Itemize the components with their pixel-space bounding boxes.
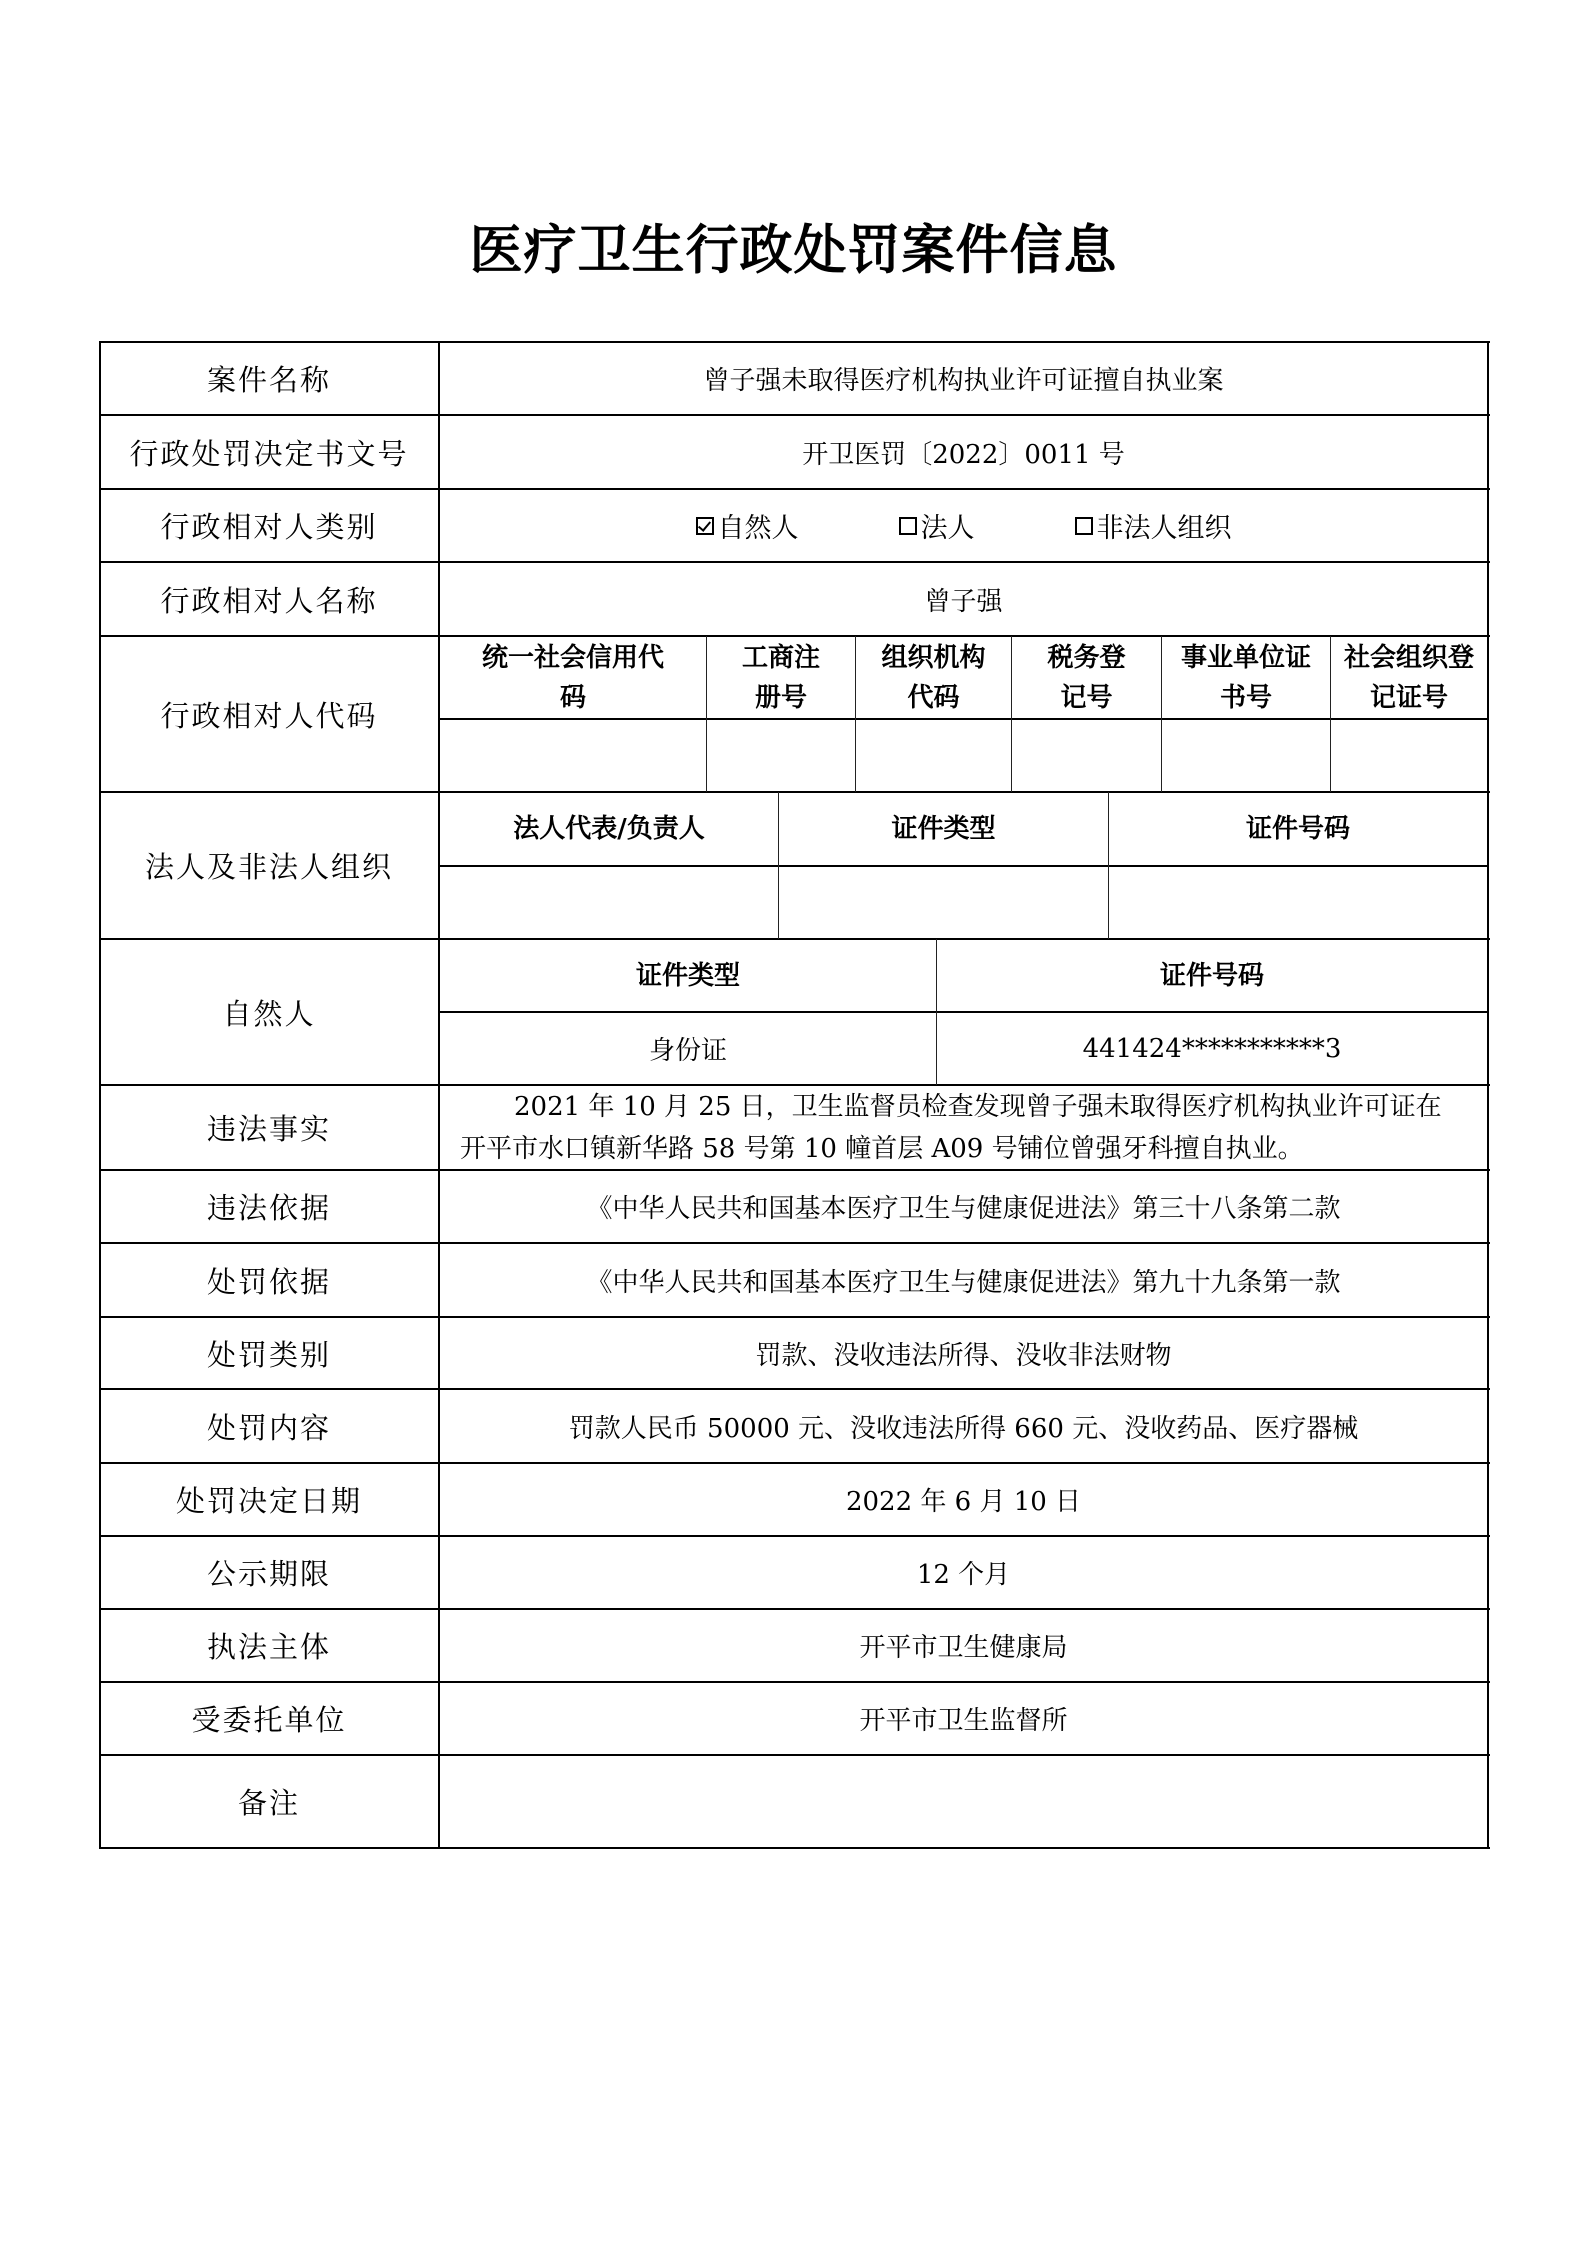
option-legal-person[interactable]: 法人 (899, 506, 975, 545)
label-penalty-content: 处罚内容 (100, 1390, 438, 1462)
label-party-type: 行政相对人类别 (100, 490, 438, 561)
value-penalty-basis: 《中华人民共和国基本医疗卫生与健康促进法》第九十九条第一款 (440, 1244, 1487, 1316)
option-unincorporated-org[interactable]: 非法人组织 (1075, 506, 1232, 545)
label-party-code: 行政相对人代码 (100, 637, 438, 791)
value-legal-rep (440, 867, 778, 938)
facts-text: 2021 年 10 月 25 日，卫生监督员检查发现曾子强未取得医疗机构执业许可… (460, 1086, 1467, 1170)
header-social-org-reg-no: 社会组织登记证号 (1331, 637, 1487, 718)
label-natural-person: 自然人 (100, 940, 438, 1084)
header-legal-id-no: 证件号码 (1109, 793, 1487, 865)
party-type-options: 自然人 法人 非法人组织 (440, 490, 1487, 561)
header-org-code: 组织机构代码 (856, 637, 1011, 718)
value-legal-id-no (1109, 867, 1487, 938)
label-penalty-basis: 处罚依据 (100, 1244, 438, 1316)
header-legal-id-type: 证件类型 (779, 793, 1108, 865)
value-case-name: 曾子强未取得医疗机构执业许可证擅自执业案 (440, 343, 1487, 414)
value-person-id-no: 441424***********3 (937, 1013, 1487, 1084)
value-institution-cert-no (1162, 720, 1330, 791)
value-tax-reg-no (1012, 720, 1161, 791)
label-decision-date: 处罚决定日期 (100, 1464, 438, 1535)
label-party-name: 行政相对人名称 (100, 563, 438, 635)
label-publicity-period: 公示期限 (100, 1537, 438, 1608)
option-natural-person[interactable]: 自然人 (696, 506, 799, 545)
value-decision-date: 2022 年 6 月 10 日 (440, 1464, 1487, 1535)
header-legal-rep: 法人代表/负责人 (440, 793, 778, 865)
label-case-name: 案件名称 (100, 343, 438, 414)
value-penalty-content: 罚款人民币 50000 元、没收违法所得 660 元、没收药品、医疗器械 (440, 1390, 1487, 1462)
unchecked-checkbox-icon[interactable] (899, 517, 917, 535)
value-org-code (856, 720, 1011, 791)
value-entrusted-unit: 开平市卫生监督所 (440, 1683, 1487, 1754)
label-decision-no: 行政处罚决定书文号 (100, 416, 438, 488)
option-label: 法人 (921, 506, 975, 545)
header-person-id-no: 证件号码 (937, 940, 1487, 1011)
label-legal-entity: 法人及非法人组织 (100, 793, 438, 938)
page-title: 医疗卫生行政处罚案件信息 (0, 214, 1587, 286)
value-publicity-period: 12 个月 (440, 1537, 1487, 1608)
option-label: 非法人组织 (1097, 506, 1232, 545)
value-person-id-type: 身份证 (440, 1013, 936, 1084)
value-credit-code (440, 720, 706, 791)
value-facts: 2021 年 10 月 25 日，卫生监督员检查发现曾子强未取得医疗机构执业许可… (440, 1086, 1487, 1169)
option-label: 自然人 (718, 506, 799, 545)
value-decision-no: 开卫医罚〔2022〕0011 号 (440, 416, 1487, 488)
value-enforcement-body: 开平市卫生健康局 (440, 1610, 1487, 1681)
header-institution-cert-no: 事业单位证书号 (1162, 637, 1330, 718)
header-person-id-type: 证件类型 (440, 940, 936, 1011)
value-party-name: 曾子强 (440, 563, 1487, 635)
label-entrusted-unit: 受委托单位 (100, 1683, 438, 1754)
value-remarks (440, 1756, 1487, 1847)
value-social-org-reg-no (1331, 720, 1487, 791)
value-violation-basis: 《中华人民共和国基本医疗卫生与健康促进法》第三十八条第二款 (440, 1171, 1487, 1242)
value-legal-id-type (779, 867, 1108, 938)
value-penalty-type: 罚款、没收违法所得、没收非法财物 (440, 1318, 1487, 1388)
label-facts: 违法事实 (100, 1086, 438, 1169)
label-remarks: 备注 (100, 1756, 438, 1847)
unchecked-checkbox-icon[interactable] (1075, 517, 1093, 535)
label-penalty-type: 处罚类别 (100, 1318, 438, 1388)
header-tax-reg-no: 税务登记号 (1012, 637, 1161, 718)
header-credit-code: 统一社会信用代码 (440, 637, 706, 718)
label-violation-basis: 违法依据 (100, 1171, 438, 1242)
value-business-reg-no (707, 720, 855, 791)
checked-checkbox-icon[interactable] (696, 517, 714, 535)
header-business-reg-no: 工商注册号 (707, 637, 855, 718)
label-enforcement-body: 执法主体 (100, 1610, 438, 1681)
